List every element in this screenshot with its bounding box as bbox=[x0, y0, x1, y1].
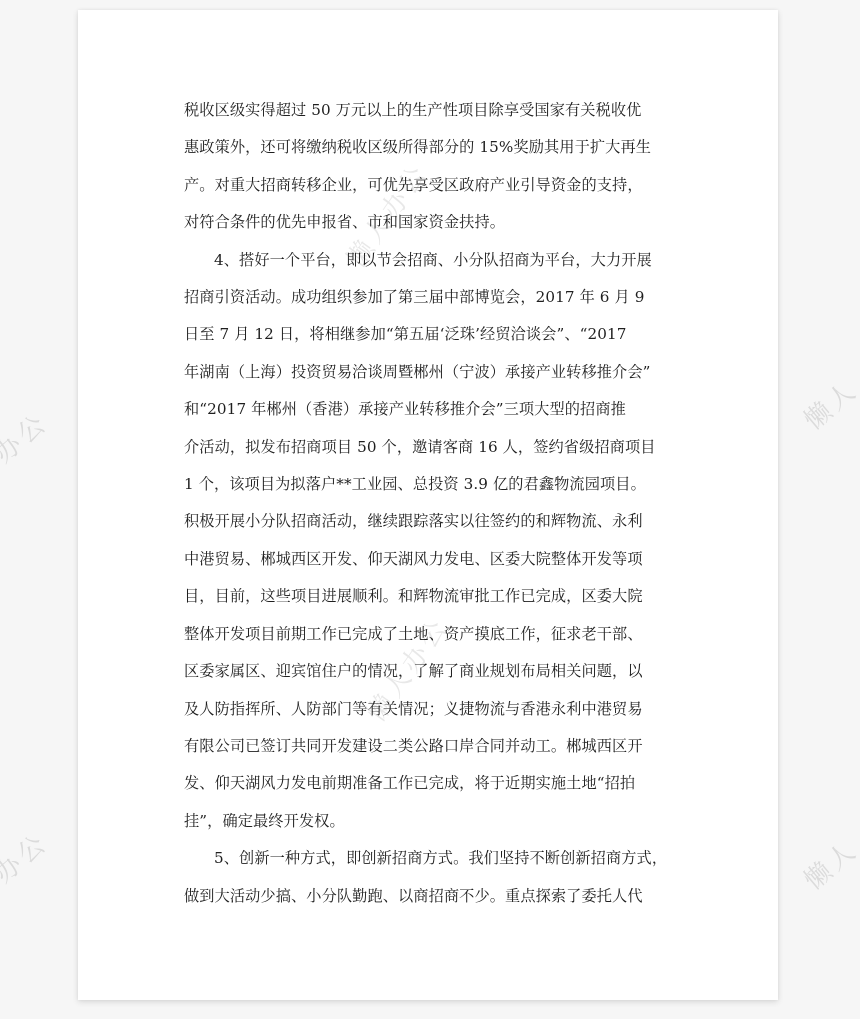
watermark-outer-left-bottom: 办公 bbox=[0, 823, 55, 890]
paragraph-tax-incentive: 税收区级实得超过 50 万元以上的生产性项目除享受国家有关税收优 惠政策外，还可… bbox=[184, 92, 680, 242]
text-line: 整体开发项目前期工作已完成了土地、资产摸底工作，征求老干部、 bbox=[184, 616, 680, 653]
text-line: 招商引资活动。成功组织参加了第三届中部博览会，2017 年 6 月 9 bbox=[184, 279, 680, 316]
document-page: 懒人办公 懒人办公 税收区级实得超过 50 万元以上的生产性项目除享受国家有关税… bbox=[78, 10, 778, 1000]
text-line: 及人防指挥所、人防部门等有关情况；义捷物流与香港永利中港贸易 bbox=[184, 691, 680, 728]
text-line: 挂”，确定最终开发权。 bbox=[184, 803, 680, 840]
text-line: 惠政策外，还可将缴纳税收区级所得部分的 15%奖励其用于扩大再生 bbox=[184, 129, 680, 166]
text-line: 积极开展小分队招商活动，继续跟踪落实以往签约的和辉物流、永利 bbox=[184, 503, 680, 540]
text-line: 介活动，拟发布招商项目 50 个，邀请客商 16 人，签约省级招商项目 bbox=[184, 429, 680, 466]
watermark-outer-right-bottom: 懒人 bbox=[795, 830, 860, 897]
text-line: 5、创新一种方式，即创新招商方式。我们坚持不断创新招商方式， bbox=[184, 840, 680, 877]
text-line: 做到大活动少搞、小分队勤跑、以商招商不少。重点探索了委托人代 bbox=[184, 878, 680, 915]
watermark-outer-right-top: 懒人 bbox=[795, 370, 860, 437]
text-line: 有限公司已签订共同开发建设二类公路口岸合同并动工。郴城西区开 bbox=[184, 728, 680, 765]
text-line: 目，目前，这些项目进展顺利。和辉物流审批工作已完成，区委大院 bbox=[184, 578, 680, 615]
text-line: 区委家属区、迎宾馆住户的情况，了解了商业规划布局相关问题，以 bbox=[184, 653, 680, 690]
text-line: 4、搭好一个平台，即以节会招商、小分队招商为平台，大力开展 bbox=[184, 242, 680, 279]
text-line: 年湖南（上海）投资贸易洽谈周暨郴州（宁波）承接产业转移推介会” bbox=[184, 354, 680, 391]
watermark-outer-left-top: 办公 bbox=[0, 403, 55, 470]
text-line: 税收区级实得超过 50 万元以上的生产性项目除享受国家有关税收优 bbox=[184, 92, 680, 129]
text-line: 中港贸易、郴城西区开发、仰天湖风力发电、区委大院整体开发等项 bbox=[184, 541, 680, 578]
paragraph-platform: 4、搭好一个平台，即以节会招商、小分队招商为平台，大力开展 招商引资活动。成功组… bbox=[184, 242, 680, 841]
text-line: 产。对重大招商转移企业，可优先享受区政府产业引导资金的支持， bbox=[184, 167, 680, 204]
text-line: 对符合条件的优先申报省、市和国家资金扶持。 bbox=[184, 204, 680, 241]
paragraph-innovation: 5、创新一种方式，即创新招商方式。我们坚持不断创新招商方式， 做到大活动少搞、小… bbox=[184, 840, 680, 915]
document-body: 税收区级实得超过 50 万元以上的生产性项目除享受国家有关税收优 惠政策外，还可… bbox=[184, 92, 680, 915]
text-line: 日至 7 月 12 日，将相继参加“第五届‘泛珠’经贸洽谈会”、“2017 bbox=[184, 316, 680, 353]
text-line: 和“2017 年郴州（香港）承接产业转移推介会”三项大型的招商推 bbox=[184, 391, 680, 428]
text-line: 1 个，该项目为拟落户**工业园、总投资 3.9 亿的君鑫物流园项目。 bbox=[184, 466, 680, 503]
text-line: 发、仰天湖风力发电前期准备工作已完成，将于近期实施土地“招拍 bbox=[184, 765, 680, 802]
